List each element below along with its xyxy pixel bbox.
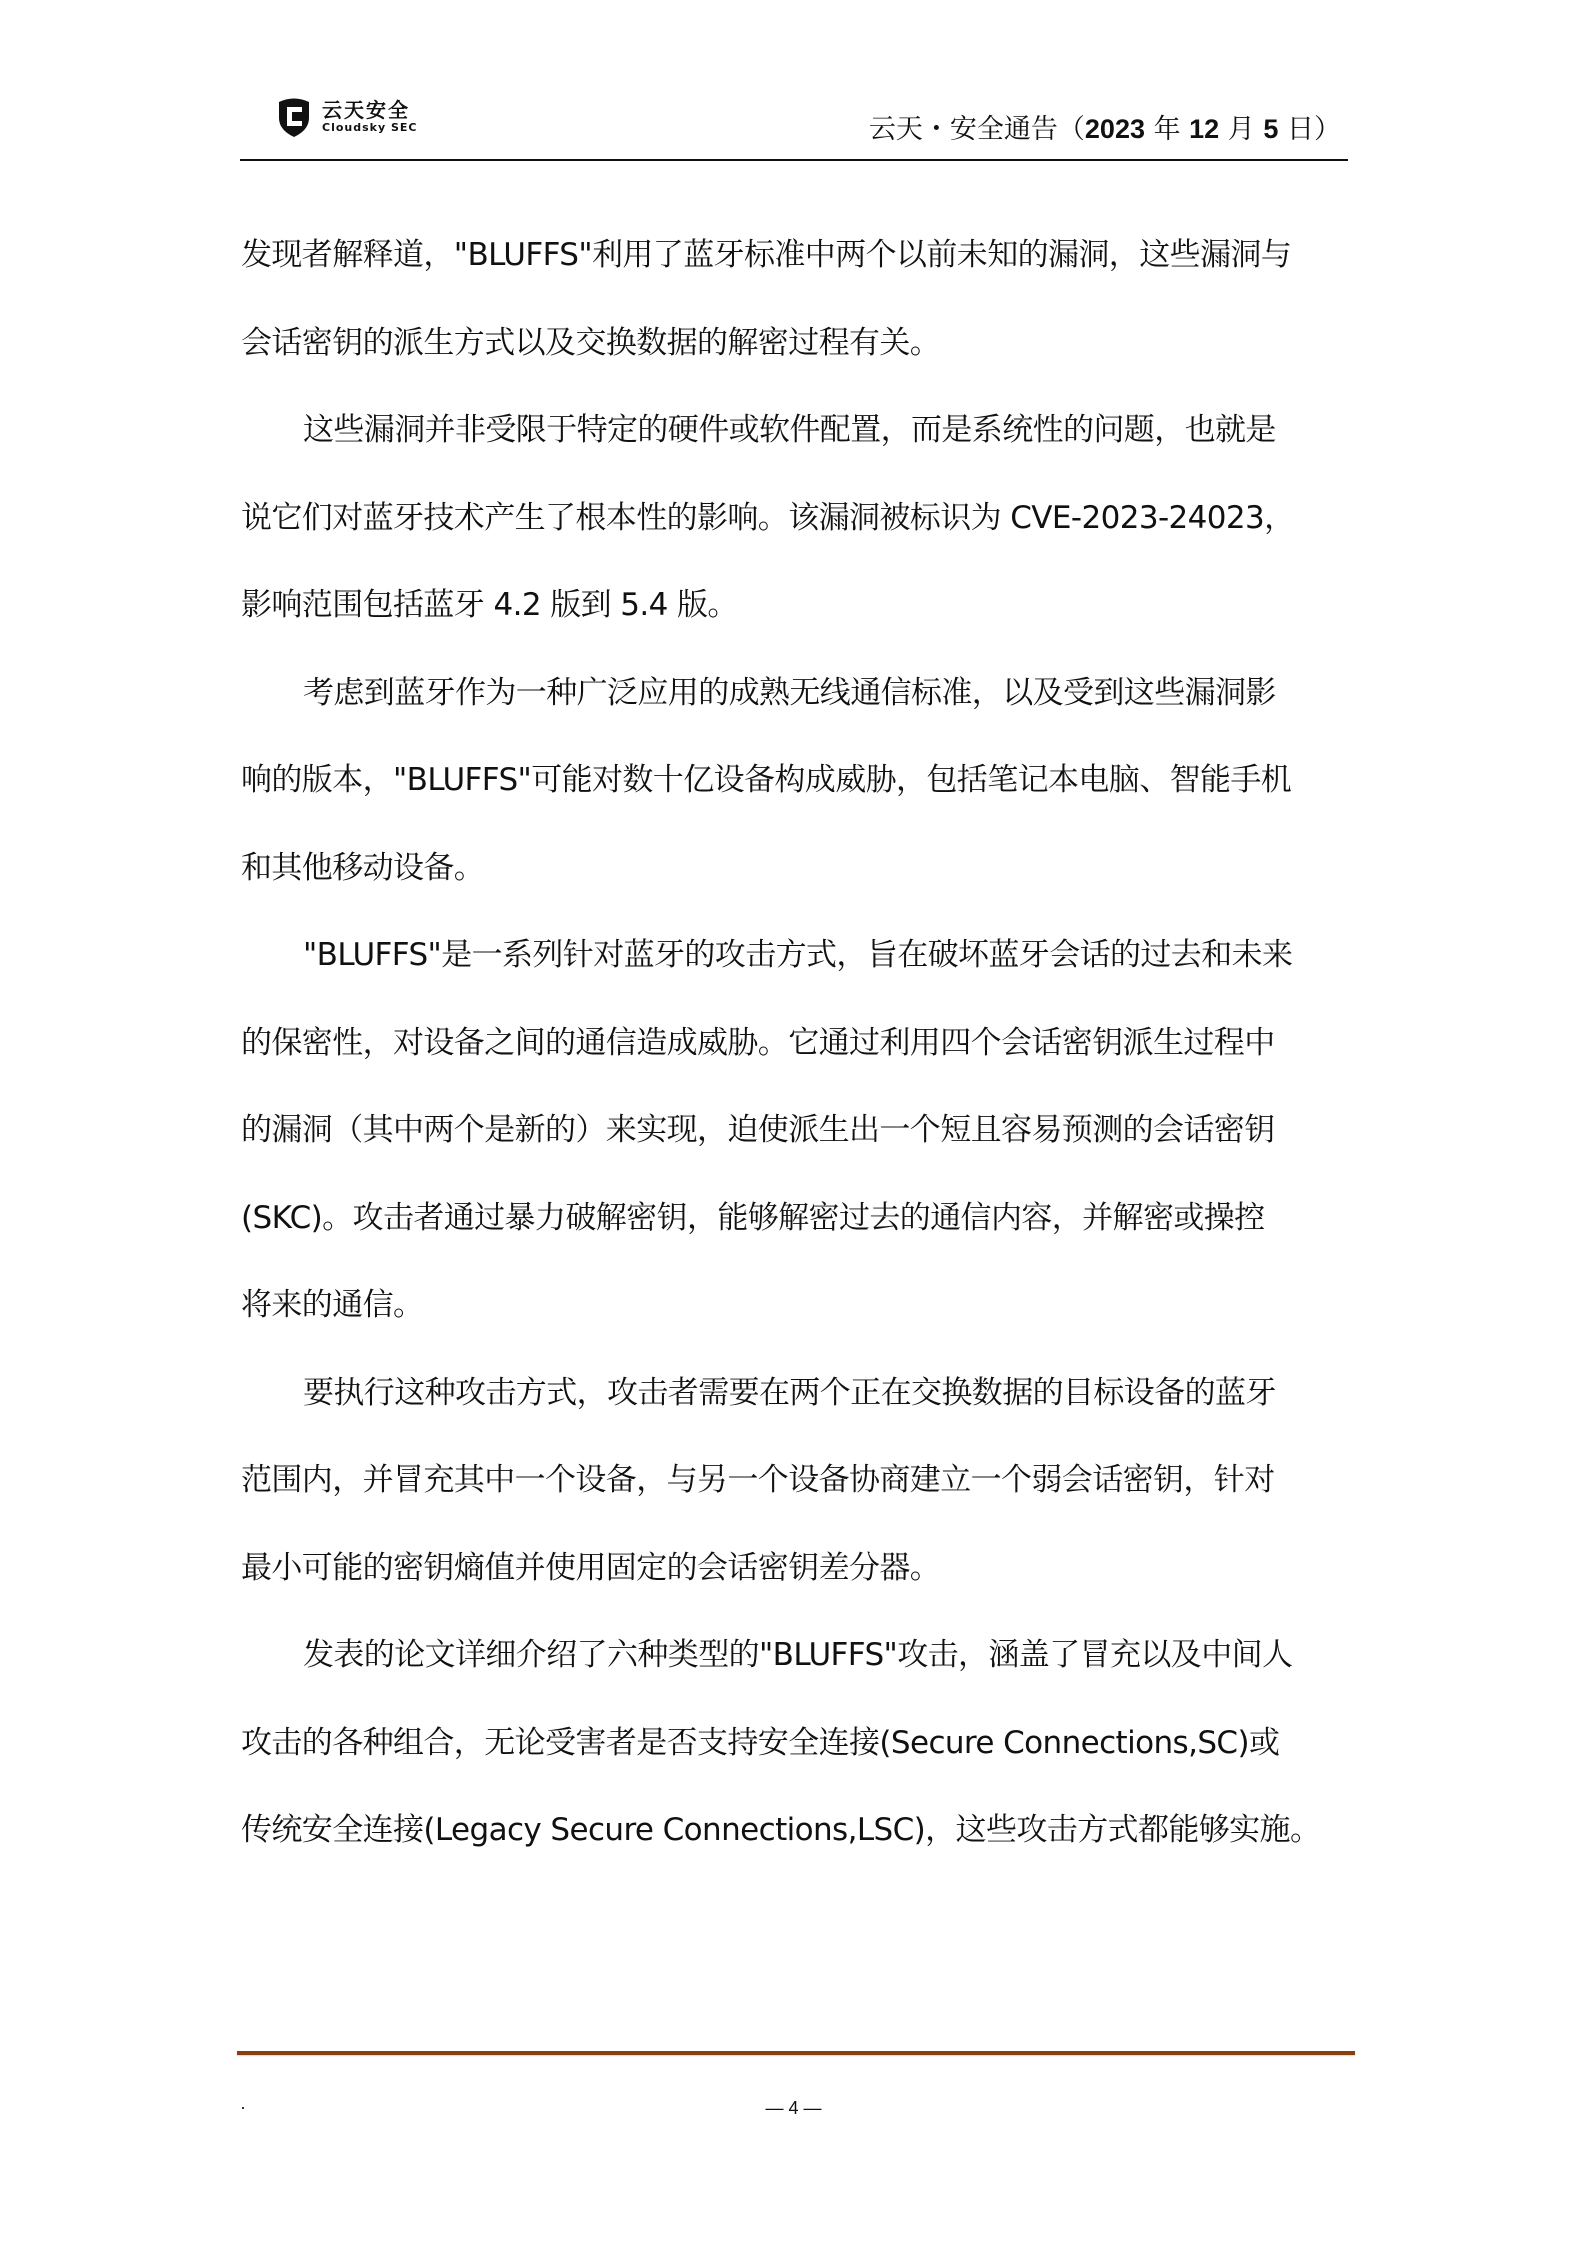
bulletin-title: 云天・安全通告（2023 年 12 月 5 日）: [869, 112, 1341, 147]
text-line: (SKC)。攻击者通过暴力破解密钥，能够解密过去的通信内容，并解密或操控: [241, 1175, 1341, 1263]
company-logo: 云天安全 Cloudsky SEC: [276, 96, 417, 138]
paragraph: 这些漏洞并非受限于特定的硬件或软件配置，而是系统性的问题，也就是 说它们对蓝牙技…: [241, 387, 1341, 650]
bulletin-year: 2023: [1085, 114, 1145, 144]
paragraph: 发表的论文详细介绍了六种类型的"BLUFFS"攻击，涵盖了冒充以及中间人 攻击的…: [241, 1612, 1341, 1875]
text-line: 说它们对蓝牙技术产生了根本性的影响。该漏洞被标识为 CVE-2023-24023…: [241, 475, 1341, 563]
paragraph: 考虑到蓝牙作为一种广泛应用的成熟无线通信标准，以及受到这些漏洞影 响的版本，"B…: [241, 650, 1341, 913]
body-text: 发现者解释道，"BLUFFS"利用了蓝牙标准中两个以前未知的漏洞，这些漏洞与 会…: [241, 212, 1341, 1875]
text-line: 发表的论文详细介绍了六种类型的"BLUFFS"攻击，涵盖了冒充以及中间人: [241, 1612, 1341, 1700]
paragraph: "BLUFFS"是一系列针对蓝牙的攻击方式，旨在破坏蓝牙会话的过去和未来 的保密…: [241, 912, 1341, 1350]
page-number: — 4 —: [0, 2098, 1587, 2119]
text-line: 和其他移动设备。: [241, 825, 1341, 913]
document-page: 云天安全 Cloudsky SEC 云天・安全通告（2023 年 12 月 5 …: [0, 0, 1587, 2245]
text-line: 攻击的各种组合，无论受害者是否支持安全连接(Secure Connections…: [241, 1700, 1341, 1788]
text-line: 将来的通信。: [241, 1262, 1341, 1350]
month-suffix: 月: [1219, 114, 1263, 145]
text-line: 响的版本，"BLUFFS"可能对数十亿设备构成威胁，包括笔记本电脑、智能手机: [241, 737, 1341, 825]
text-line: 影响范围包括蓝牙 4.2 版到 5.4 版。: [241, 562, 1341, 650]
footer-divider: [237, 2051, 1355, 2055]
text-line: 的漏洞（其中两个是新的）来实现，迫使派生出一个短且容易预测的会话密钥: [241, 1087, 1341, 1175]
text-line: 要执行这种攻击方式，攻击者需要在两个正在交换数据的目标设备的蓝牙: [241, 1350, 1341, 1438]
bulletin-day: 5: [1263, 114, 1278, 144]
year-suffix: 年: [1145, 114, 1189, 145]
text-line: 会话密钥的派生方式以及交换数据的解密过程有关。: [241, 300, 1341, 388]
logo-name-en: Cloudsky SEC: [322, 121, 417, 135]
header-divider: [240, 159, 1348, 161]
text-line: 的保密性，对设备之间的通信造成威胁。它通过利用四个会话密钥派生过程中: [241, 1000, 1341, 1088]
text-line: 发现者解释道，"BLUFFS"利用了蓝牙标准中两个以前未知的漏洞，这些漏洞与: [241, 212, 1341, 300]
day-suffix: 日）: [1278, 114, 1341, 145]
bulletin-title-prefix: 云天・安全通告（: [869, 114, 1085, 145]
text-line: "BLUFFS"是一系列针对蓝牙的攻击方式，旨在破坏蓝牙会话的过去和未来: [241, 912, 1341, 1000]
text-line: 这些漏洞并非受限于特定的硬件或软件配置，而是系统性的问题，也就是: [241, 387, 1341, 475]
paragraph: 要执行这种攻击方式，攻击者需要在两个正在交换数据的目标设备的蓝牙 范围内，并冒充…: [241, 1350, 1341, 1613]
paragraph: 发现者解释道，"BLUFFS"利用了蓝牙标准中两个以前未知的漏洞，这些漏洞与 会…: [241, 212, 1341, 387]
logo-name-cn: 云天安全: [322, 99, 417, 121]
shield-c-icon: [276, 96, 312, 138]
text-line: 考虑到蓝牙作为一种广泛应用的成熟无线通信标准，以及受到这些漏洞影: [241, 650, 1341, 738]
text-line: 传统安全连接(Legacy Secure Connections,LSC)，这些…: [241, 1787, 1341, 1875]
text-line: 范围内，并冒充其中一个设备，与另一个设备协商建立一个弱会话密钥，针对: [241, 1437, 1341, 1525]
bulletin-month: 12: [1189, 114, 1219, 144]
text-line: 最小可能的密钥熵值并使用固定的会话密钥差分器。: [241, 1525, 1341, 1613]
